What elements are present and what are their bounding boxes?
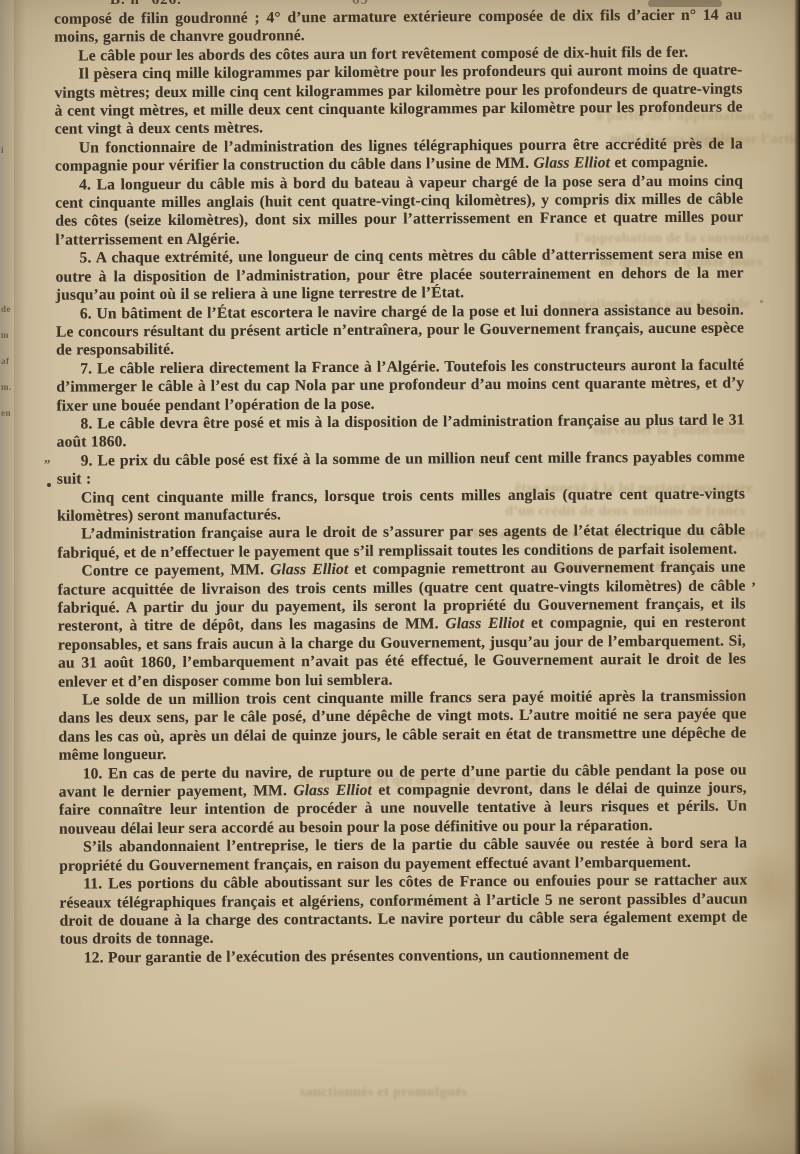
paper-stain [40,1096,180,1154]
stray-mark: „ [44,450,51,466]
scanned-page: à partir de l’approbation de mille franc… [0,0,800,1154]
article-6: 6. Un bâtiment de l’État escortera le na… [56,301,744,360]
edge-text-fragment: en [1,408,11,418]
edge-text-fragment: af [1,356,10,366]
edge-text-fragment: de [1,304,11,314]
article-11: 11. Les portions du câble aboutissant su… [59,872,747,950]
edge-text-fragment: i [1,145,4,155]
article-5: 5. A chaque extrémité, une longueur de c… [55,246,743,305]
running-header: B. n° 626. [110,0,182,9]
article-4: 4. La longueur du câble mis à bord du ba… [55,172,743,250]
edge-text-fragment: m [1,330,9,340]
facing-page-edge: i de m af m. en [0,0,17,1154]
article-9: 9. Le prix du câble posé est fixé à la s… [57,448,745,489]
ink-speck [760,300,763,303]
paper-stain [728,1032,800,1128]
paragraph-solde: Le solde de un million trois cent cinqua… [58,687,746,765]
ink-speck [47,483,51,487]
paragraph-continuation: composé de filin goudronné ; 4° d’une ar… [54,6,742,47]
paragraph-poids-cable: Il pèsera cinq mille kilogrammes par kil… [54,62,742,140]
article-7: 7. Le câble reliera directement la Franc… [56,356,744,415]
article-8: 8. Le câble devra être posé et mis à la … [56,411,744,452]
page-number: 69 [352,0,369,9]
edge-text-fragment: m. [1,382,12,392]
article-12: 12. Pour garantie de l’exécution des pré… [60,945,748,968]
paragraph-abandon: S’ils abandonnaient l’entreprise, le tie… [59,835,747,876]
paragraph-premier-payement: Cinq cent cinquante mille francs, lorsqu… [57,485,745,526]
text-block: composé de filin goudronné ; 4° d’une ar… [54,6,748,967]
bleedthrough-text: sanctionnés et promulgués [300,1084,468,1101]
article-10: 10. En cas de perte du navire, de ruptur… [59,761,747,839]
page-edge-shadow [794,0,800,1154]
paragraph-fonctionnaire: Un fonctionnaire de l’administration des… [55,135,743,176]
stray-mark: ’ [751,580,756,597]
paragraph-etat-electrique: L’administration française aura le droit… [57,522,745,563]
paragraph-contre-payement: Contre ce payement, MM. Glass Elliot et … [57,559,746,692]
